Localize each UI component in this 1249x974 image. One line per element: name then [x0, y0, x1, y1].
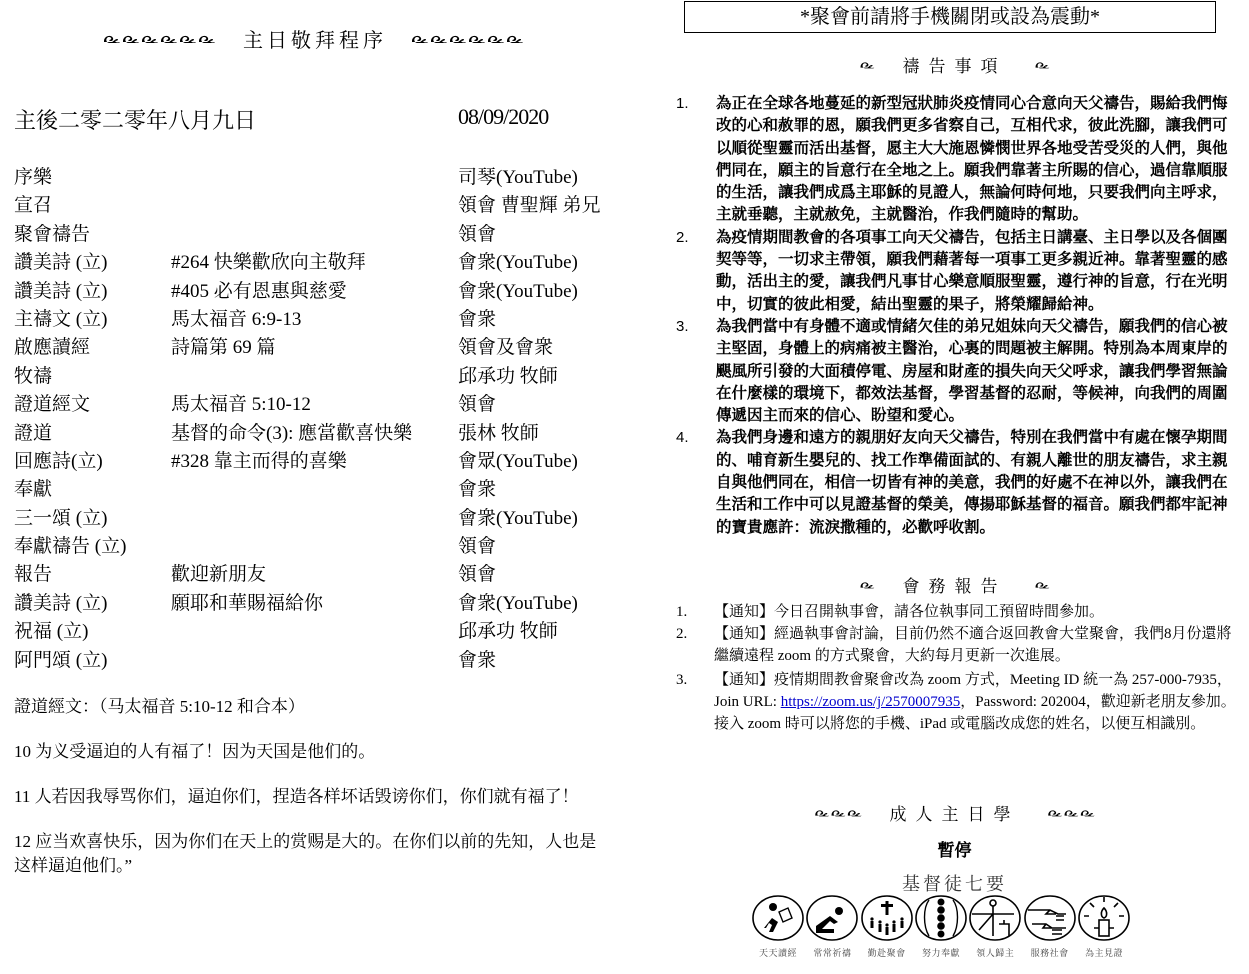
announcement-item: 3.【通知】疫情期間教會聚會改為 zoom 方式，Meeting ID 統一為 …	[676, 669, 1241, 735]
phone-notice-banner: *聚會前請將手機關閉或設為震動*	[684, 1, 1216, 33]
gathering-icon	[861, 894, 913, 942]
service-item: 祝福 (立)	[14, 619, 88, 645]
essential-label: 勤赴聚會	[861, 946, 913, 959]
program-title-row: 主日敬拜程序	[100, 24, 530, 53]
service-row: 序樂司琴(YouTube)	[14, 165, 634, 193]
program-title: 主日敬拜程序	[243, 24, 387, 53]
essential-item: 領人歸主	[969, 894, 1021, 959]
essential-label: 為主見證	[1078, 946, 1130, 959]
order-of-service: 序樂司琴(YouTube) 宣召領會 曹聖輝 弟兄 聚會禱告領會 讚美詩 (立)…	[14, 165, 634, 676]
service-item: 證道	[14, 421, 52, 447]
seven-essentials-title: 基督徒七要	[660, 870, 1249, 896]
date-numeric: 08/09/2020	[458, 104, 548, 130]
service-detail: 馬太福音 5:10-12	[171, 392, 311, 418]
service-detail: 基督的命令(3): 應當歡喜快樂	[171, 421, 412, 447]
service-row: 祝福 (立)邱承功 牧師	[14, 619, 634, 647]
service-leader: 會衆(YouTube)	[458, 506, 578, 532]
essential-item: 常常祈禱	[806, 894, 858, 959]
seven-essentials-row: 天天讀經 常常祈禱 勤赴聚會 努力奉獻 領人歸主 服務社會 為主見證	[752, 894, 1130, 959]
essential-label: 常常祈禱	[806, 946, 858, 959]
service-item: 回應詩(立)	[14, 449, 103, 475]
scroll-ornament-icon	[1032, 59, 1052, 71]
evangelism-icon	[969, 894, 1021, 942]
service-detail: 歡迎新朋友	[171, 562, 266, 588]
service-leader: 領會	[458, 392, 496, 418]
essential-item: 為主見證	[1078, 894, 1130, 959]
scroll-ornament-icon	[812, 807, 864, 819]
service-row: 讚美詩 (立)#405 必有恩惠與慈愛會衆(YouTube)	[14, 279, 634, 307]
service-row: 證道經文馬太福音 5:10-12領會	[14, 392, 634, 420]
service-item: 奉獻禱告 (立)	[14, 534, 126, 560]
essential-item: 努力奉獻	[915, 894, 967, 959]
item-number: 3.	[676, 316, 689, 338]
prayer-list: 1.為正在全球各地蔓延的新型冠狀肺炎疫情同心合意向天父禱告，賜給我們悔改的心和赦…	[676, 93, 1241, 539]
service-leader: 邱承功 牧師	[458, 619, 558, 645]
service-detail: #328 靠主而得的喜樂	[171, 449, 347, 475]
service-row: 宣召領會 曹聖輝 弟兄	[14, 193, 634, 221]
announcements-heading: 會務報告	[903, 572, 1007, 597]
essential-item: 勤赴聚會	[861, 894, 913, 959]
item-number: 3.	[676, 669, 687, 691]
service-item: 讚美詩 (立)	[14, 279, 107, 305]
scroll-ornament-icon	[857, 579, 877, 591]
scroll-ornament-icon	[410, 32, 528, 46]
scripture-verse: 10 为义受逼迫的人有福了！因为天国是他们的。	[14, 740, 604, 764]
service-item: 序樂	[14, 165, 52, 191]
service-detail: 詩篇第 69 篇	[171, 335, 276, 361]
sunday-school-status: 暫停	[660, 836, 1249, 861]
candle-witness-icon	[1078, 894, 1130, 942]
service-row: 三一頌 (立)會衆(YouTube)	[14, 506, 634, 534]
service-leader: 領會	[458, 222, 496, 248]
essential-item: 服務社會	[1024, 894, 1076, 959]
announcement-text: 【通知】今日召開執事會，請各位執事同工預留時間參加。	[714, 604, 1104, 620]
service-leader: 領會	[458, 562, 496, 588]
service-row: 奉獻會衆	[14, 477, 634, 505]
service-leader: 邱承功 牧師	[458, 364, 558, 390]
service-detail: 願耶和華賜福給你	[171, 591, 323, 617]
prayer-item: 4.為我們身邊和遠方的親朋好友向天父禱告，特別在我們當中有處在懷孕期間的、哺育新…	[676, 427, 1241, 538]
service-leader: 領會及會衆	[458, 335, 553, 361]
scripture-heading: 證道經文：（马太福音 5:10-12 和合本）	[14, 695, 604, 719]
service-item: 讚美詩 (立)	[14, 250, 107, 276]
service-row: 讚美詩 (立)願耶和華賜福給你會衆(YouTube)	[14, 591, 634, 619]
service-detail: #264 快樂歡欣向主敬拜	[171, 250, 366, 276]
zoom-join-link[interactable]: https://zoom.us/j/2570007935	[781, 694, 961, 710]
service-leader: 領會	[458, 534, 496, 560]
announcement-item: 1.【通知】今日召開執事會，請各位執事同工預留時間參加。	[676, 601, 1241, 623]
prayer-section-header: 禱告事項	[660, 52, 1249, 77]
item-number: 1.	[676, 601, 687, 623]
service-hands-icon	[1024, 894, 1076, 942]
service-leader: 會衆(YouTube)	[458, 591, 578, 617]
service-item: 主禱文 (立)	[14, 307, 107, 333]
sunday-school-section-header: 成人主日學	[660, 800, 1249, 825]
service-row: 聚會禱告領會	[14, 222, 634, 250]
service-row: 證道基督的命令(3): 應當歡喜快樂張林 牧師	[14, 421, 634, 449]
service-item: 牧禱	[14, 364, 52, 390]
service-item: 聚會禱告	[14, 222, 90, 248]
service-item: 宣召	[14, 193, 52, 219]
service-leader: 會眾(YouTube)	[458, 449, 578, 475]
scroll-ornament-icon	[1032, 579, 1052, 591]
scripture-passage: 證道經文：（马太福音 5:10-12 和合本） 10 为义受逼迫的人有福了！因为…	[14, 695, 604, 899]
item-number: 1.	[676, 93, 689, 115]
service-detail: 馬太福音 6:9-13	[171, 307, 301, 333]
announcement-item: 2.【通知】經過執事會討論，目前仍然不適合返回教會大堂聚會，我們8月份還將繼續遠…	[676, 623, 1241, 667]
offering-icon	[915, 894, 967, 942]
service-row: 啟應讀經詩篇第 69 篇領會及會衆	[14, 335, 634, 363]
service-leader: 張林 牧師	[458, 421, 539, 447]
service-item: 啟應讀經	[14, 335, 90, 361]
item-number: 2.	[676, 227, 689, 249]
service-row: 讚美詩 (立)#264 快樂歡欣向主敬拜會衆(YouTube)	[14, 250, 634, 278]
praying-icon	[806, 894, 858, 942]
essential-item: 天天讀經	[752, 894, 804, 959]
prayer-heading: 禱告事項	[903, 52, 1007, 77]
announcement-text: 【通知】經過執事會討論，目前仍然不適合返回教會大堂聚會，我們8月份還將繼續遠程 …	[714, 626, 1232, 664]
service-item: 阿門頌 (立)	[14, 648, 107, 674]
service-leader: 會衆	[458, 477, 496, 503]
date-chinese: 主後二零二零年八月九日	[14, 104, 256, 135]
announcement-list: 1.【通知】今日召開執事會，請各位執事同工預留時間參加。 2.【通知】經過執事會…	[676, 601, 1241, 735]
service-row: 主禱文 (立)馬太福音 6:9-13會衆	[14, 307, 634, 335]
service-item: 讚美詩 (立)	[14, 591, 107, 617]
service-item: 奉獻	[14, 477, 52, 503]
service-row: 阿門頌 (立)會衆	[14, 648, 634, 676]
scroll-ornament-icon	[1045, 807, 1097, 819]
service-leader: 會衆	[458, 307, 496, 333]
essential-label: 服務社會	[1024, 946, 1076, 959]
service-leader: 領會 曹聖輝 弟兄	[458, 193, 601, 219]
item-number: 4.	[676, 427, 689, 449]
service-row: 報告歡迎新朋友領會	[14, 562, 634, 590]
service-leader: 會衆(YouTube)	[458, 250, 578, 276]
service-item: 報告	[14, 562, 52, 588]
service-row: 回應詩(立)#328 靠主而得的喜樂會眾(YouTube)	[14, 449, 634, 477]
service-leader: 會衆(YouTube)	[458, 279, 578, 305]
reading-bible-icon	[752, 894, 804, 942]
service-row: 牧禱邱承功 牧師	[14, 364, 634, 392]
announcements-section-header: 會務報告	[660, 572, 1249, 597]
prayer-item: 2.為疫情期間教會的各項事工向天父禱告，包括主日講臺、主日學以及各個團契等等，一…	[676, 227, 1241, 316]
essential-label: 天天讀經	[752, 946, 804, 959]
prayer-text: 為我們身邊和遠方的親朋好友向天父禱告，特別在我們當中有處在懷孕期間的、哺育新生嬰…	[716, 429, 1228, 535]
essential-label: 領人歸主	[969, 946, 1021, 959]
essential-label: 努力奉獻	[915, 946, 967, 959]
prayer-text: 為正在全球各地蔓延的新型冠狀肺炎疫情同心合意向天父禱告，賜給我們悔改的心和赦罪的…	[716, 95, 1228, 223]
prayer-item: 1.為正在全球各地蔓延的新型冠狀肺炎疫情同心合意向天父禱告，賜給我們悔改的心和赦…	[676, 93, 1241, 227]
scroll-ornament-icon	[102, 32, 220, 46]
sunday-school-heading: 成人主日學	[890, 800, 1020, 825]
service-detail: #405 必有恩惠與慈愛	[171, 279, 347, 305]
scroll-ornament-icon	[857, 59, 877, 71]
scripture-verse: 11 人若因我辱骂你们，逼迫你们，捏造各样坏话毁谤你们，你们就有福了！	[14, 785, 604, 809]
prayer-text: 為疫情期間教會的各項事工向天父禱告，包括主日講臺、主日學以及各個團契等等，一切求…	[716, 229, 1228, 313]
announcements-page: *聚會前請將手機關閉或設為震動* 禱告事項 1.為正在全球各地蔓延的新型冠狀肺炎…	[660, 0, 1249, 974]
scripture-verse: 12 应当欢喜快乐，因为你们在天上的赏赐是大的。在你们以前的先知，人也是这样逼迫…	[14, 830, 604, 878]
item-number: 2.	[676, 623, 687, 645]
service-item: 證道經文	[14, 392, 90, 418]
worship-program-page: 主日敬拜程序 主後二零二零年八月九日 08/09/2020 序樂司琴(YouTu…	[0, 0, 640, 974]
prayer-text: 為我們當中有身體不適或情緒欠佳的弟兄姐妹向天父禱告，願我們的信心被主堅固，身體上…	[716, 318, 1228, 424]
service-row: 奉獻禱告 (立)領會	[14, 534, 634, 562]
service-leader: 司琴(YouTube)	[458, 165, 578, 191]
service-leader: 會衆	[458, 648, 496, 674]
service-item: 三一頌 (立)	[14, 506, 107, 532]
prayer-item: 3.為我們當中有身體不適或情緒欠佳的弟兄姐妹向天父禱告，願我們的信心被主堅固，身…	[676, 316, 1241, 427]
